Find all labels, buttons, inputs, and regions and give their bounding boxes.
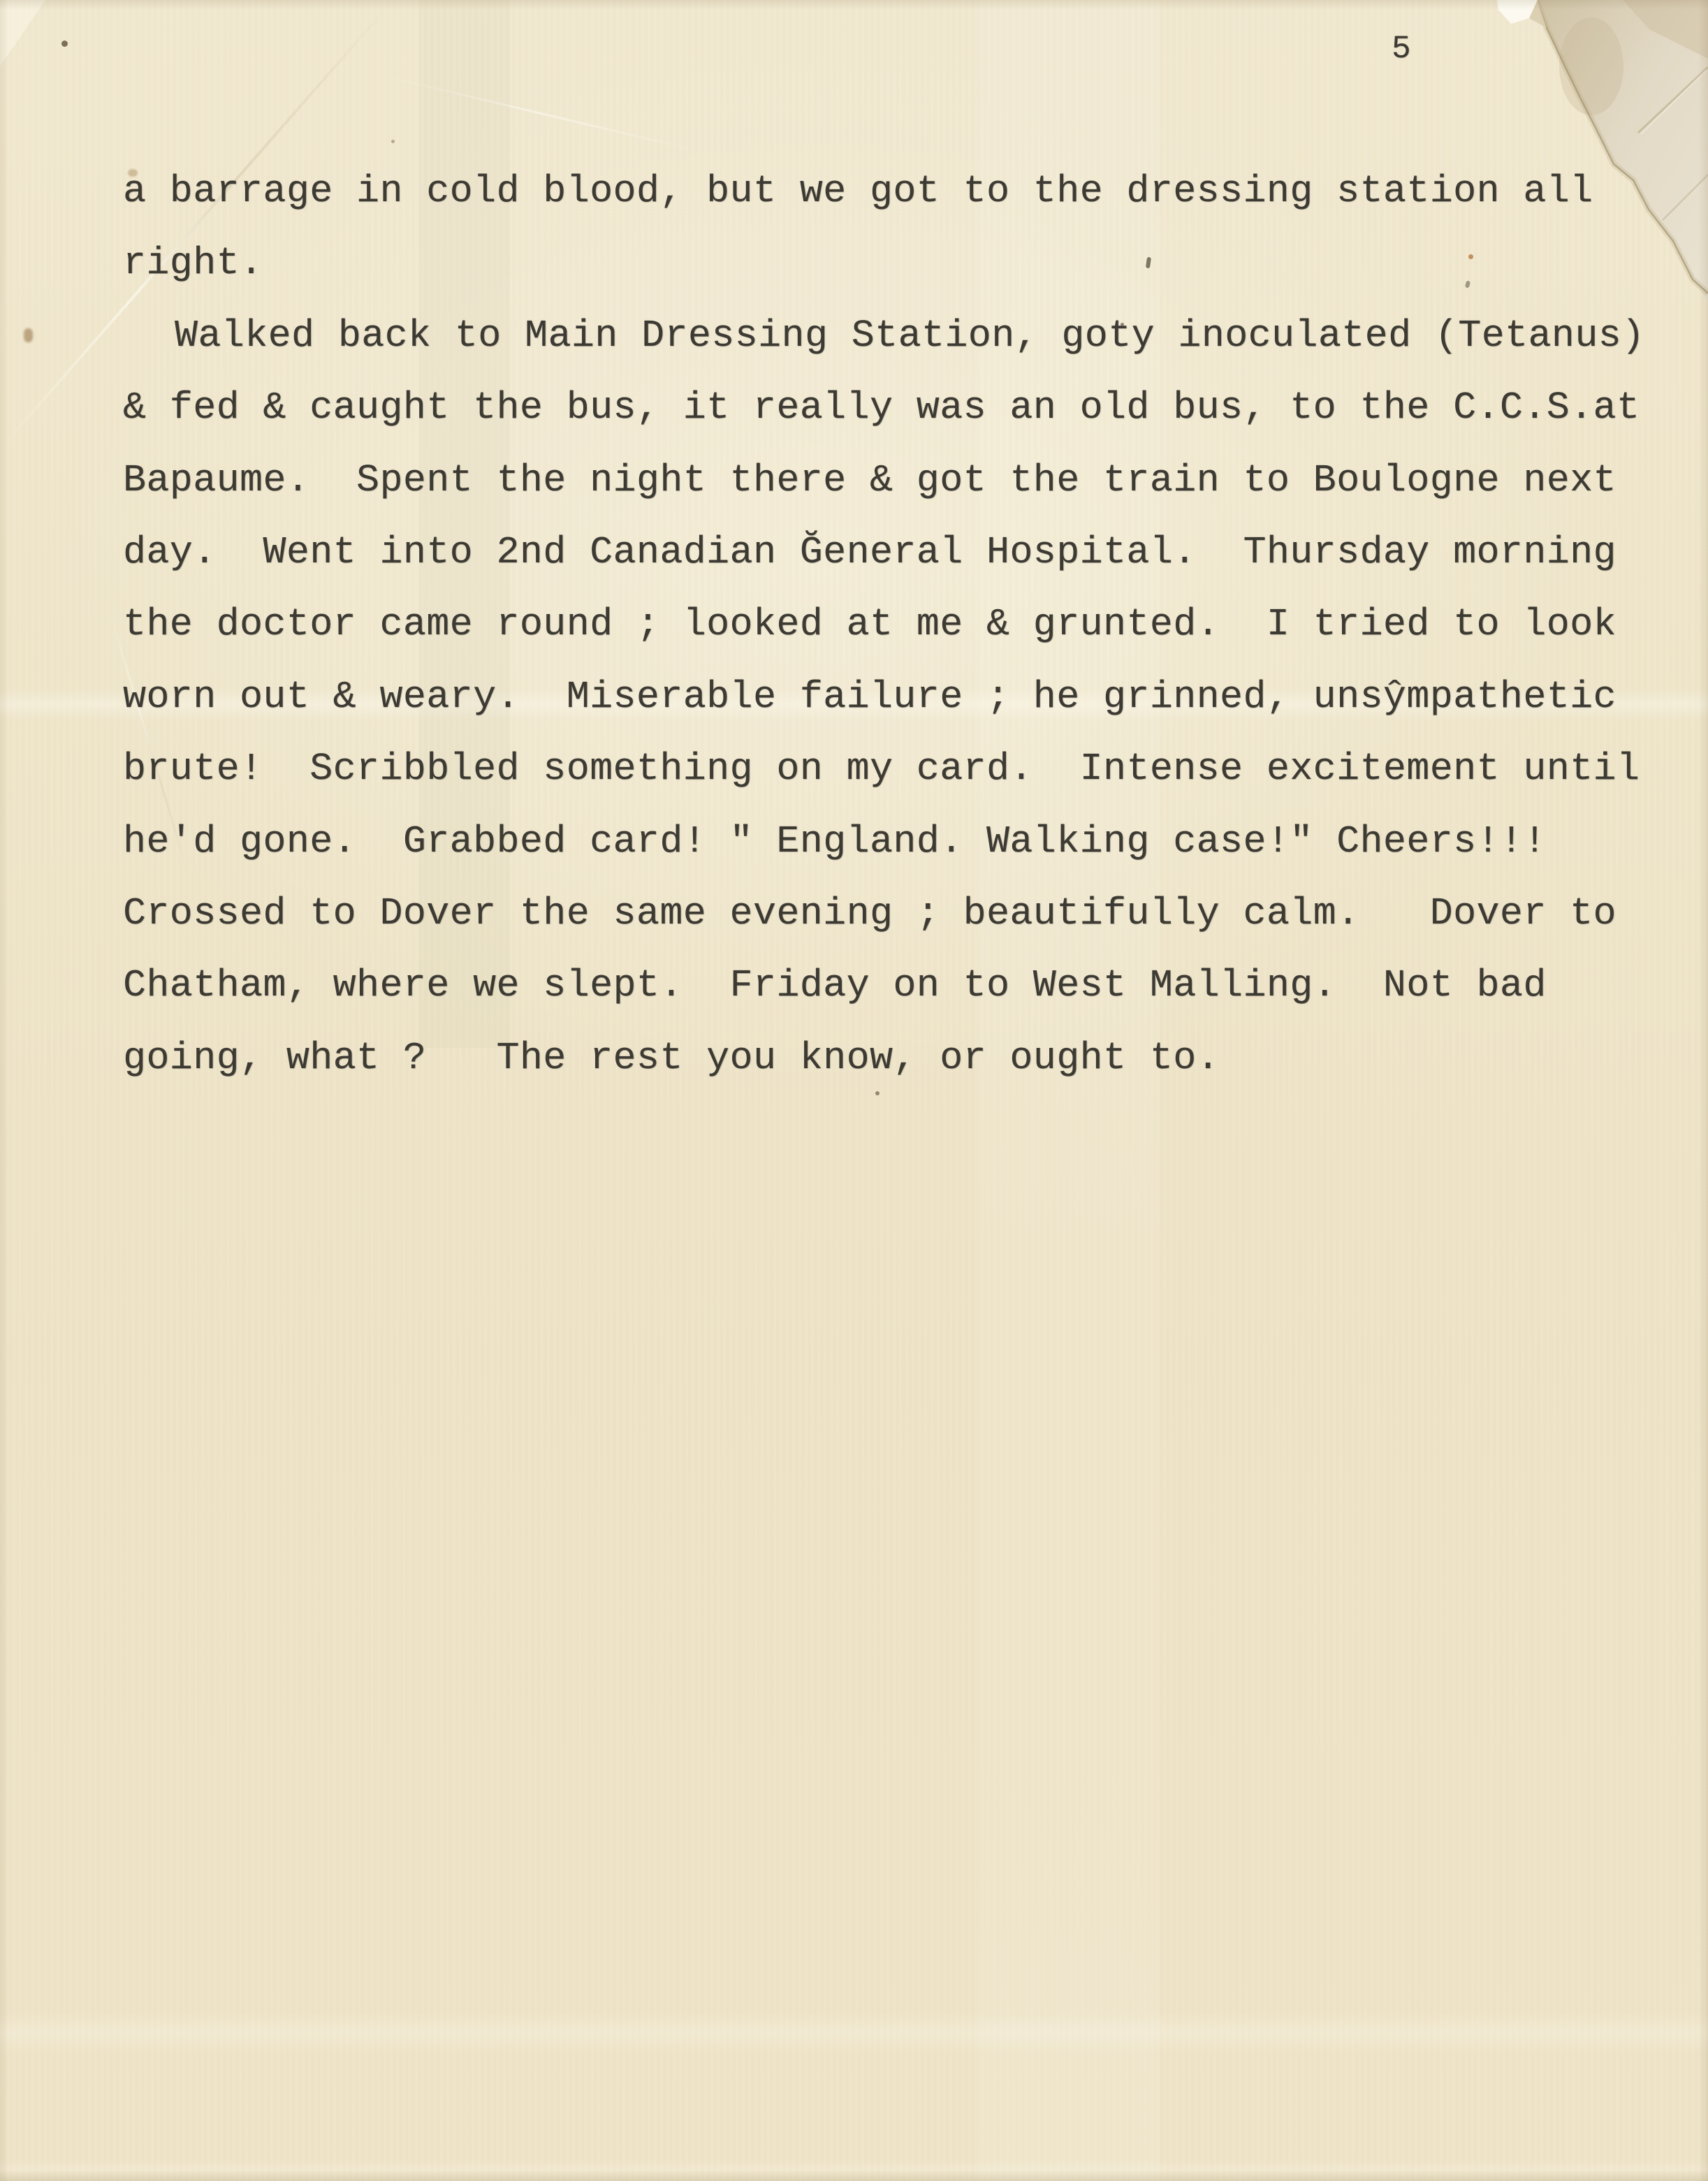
- typed-line: he'd gone. Grabbed card! " England. Walk…: [123, 805, 1645, 877]
- typed-line: Chatham, where we slept. Friday on to We…: [123, 949, 1645, 1021]
- typed-line: worn out & weary. Miserable failure ; he…: [123, 661, 1645, 733]
- paper-crease: [377, 73, 700, 152]
- typed-line: the doctor came round ; looked at me & g…: [123, 588, 1645, 660]
- typed-line: right.: [123, 227, 1645, 299]
- ink-speck: [61, 41, 68, 47]
- page-edge: [0, 0, 8, 2181]
- typed-line: going, what ? The rest you know, or ough…: [123, 1022, 1645, 1094]
- typed-line: day. Went into 2nd Canadian Ğeneral Hosp…: [123, 516, 1645, 588]
- page-edge: [0, 2160, 1708, 2181]
- typed-line: Bapaume. Spent the night there & got the…: [123, 444, 1645, 516]
- typed-line: Walked back to Main Dressing Station, go…: [123, 300, 1645, 372]
- page-number: 5: [1392, 31, 1411, 67]
- paper-crease: [0, 2012, 1708, 2054]
- paper-stain: [24, 328, 33, 342]
- corner-crease: [0, 0, 45, 66]
- typed-line: brute! Scribbled something on my card. I…: [123, 733, 1645, 805]
- typewritten-text: a barrage in cold blood, but we got to t…: [123, 155, 1645, 1094]
- document-page: 5 a barrage in cold blood, but we got to…: [0, 0, 1708, 2181]
- page-edge: [0, 0, 1708, 10]
- typed-line: Crossed to Dover the same evening ; beau…: [123, 877, 1645, 949]
- page-edge: [1698, 0, 1708, 2181]
- typed-line: a barrage in cold blood, but we got to t…: [123, 155, 1645, 227]
- typed-line: & fed & caught the bus, it really was an…: [123, 372, 1645, 444]
- ink-speck: [391, 140, 395, 143]
